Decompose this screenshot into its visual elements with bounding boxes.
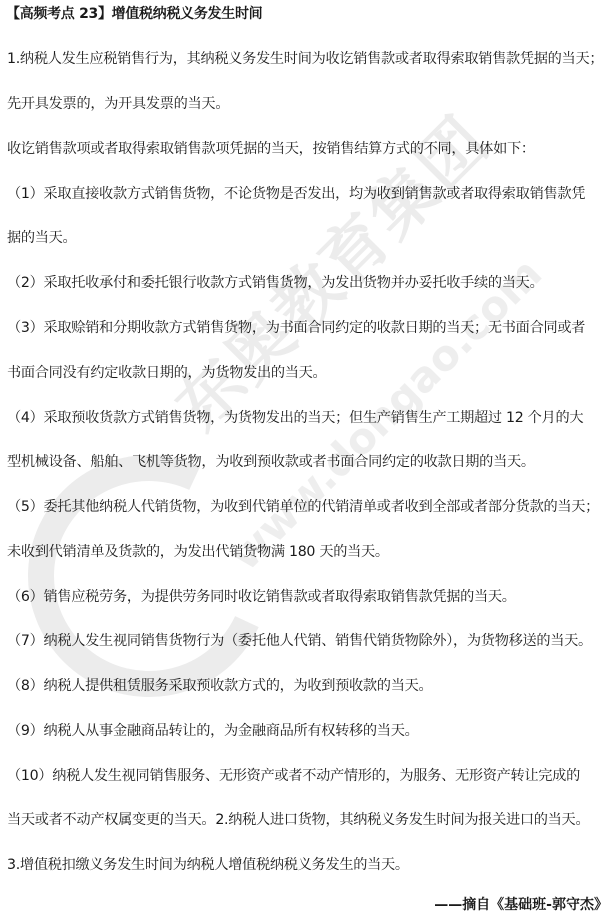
paragraph-line: 当天或者不动产权属变更的当天。2.纳税人进口货物，其纳税义务发生时间为报关进口的… — [7, 811, 589, 829]
paragraph-line: （7）纳税人发生视同销售货物行为（委托他人代销、销售代销货物除外），为货物移送的… — [7, 632, 592, 650]
paragraph-line: （9）纳税人从事金融商品转让的，为金融商品所有权转移的当天。 — [7, 722, 418, 740]
paragraph-line: （2）采取托收承付和委托银行收款方式销售货物，为发出货物并办妥托收手续的当天。 — [7, 274, 543, 292]
paragraph-line: （6）销售应税劳务，为提供劳务同时收讫销售款或者取得索取销售款凭据的当天。 — [7, 588, 516, 606]
paragraph-line: 型机械设备、船舶、飞机等货物，为收到预收款或者书面合同约定的收款日期的当天。 — [7, 453, 535, 471]
paragraph-line: （10）纳税人发生视同销售服务、无形资产或者不动产情形的，为服务、无形资产转让完… — [7, 767, 580, 785]
paragraph-line: （5）委托其他纳税人代销货物，为收到代销单位的代销清单或者收到全部或者部分货款的… — [7, 498, 599, 516]
paragraph-line: （1）采取直接收款方式销售货物，不论货物是否发出，均为收到销售款或者取得索取销售… — [7, 185, 585, 203]
paragraph-line: 未收到代销清单及货款的，为发出代销货物满 180 天的当天。 — [7, 543, 389, 561]
document-page: 东奥教育集团 www.dongao.com 【高频考点 23】增值税纳税义务发生… — [0, 0, 616, 922]
paragraph-line: 先开具发票的，为开具发票的当天。 — [7, 95, 229, 113]
paragraph-line: （4）采取预收货款方式销售货物，为货物发出的当天；但生产销售生产工期超过 12 … — [7, 409, 583, 427]
paragraph-line: 收讫销售款项或者取得索取销售款项凭据的当天，按销售结算方式的不同，具体如下： — [7, 140, 535, 158]
document-title: 【高频考点 23】增值税纳税义务发生时间 — [6, 5, 262, 23]
paragraph-line: 3.增值税扣缴义务发生时间为纳税人增值税纳税义务发生的当天。 — [7, 856, 409, 874]
paragraph-line: （3）采取赊销和分期收款方式销售货物，为书面合同约定的收款日期的当天；无书面合同… — [7, 319, 585, 337]
attribution: ——摘自《基础班-郭守杰》 — [434, 896, 608, 914]
paragraph-line: 书面合同没有约定收款日期的，为货物发出的当天。 — [7, 364, 326, 382]
paragraph-line: （8）纳税人提供租赁服务采取预收款方式的，为收到预收款的当天。 — [7, 677, 432, 695]
paragraph-line: 据的当天。 — [7, 229, 76, 247]
paragraph-line: 1.纳税人发生应税销售行为，其纳税义务发生时间为收讫销售款或者取得索取销售款凭据… — [7, 50, 603, 68]
